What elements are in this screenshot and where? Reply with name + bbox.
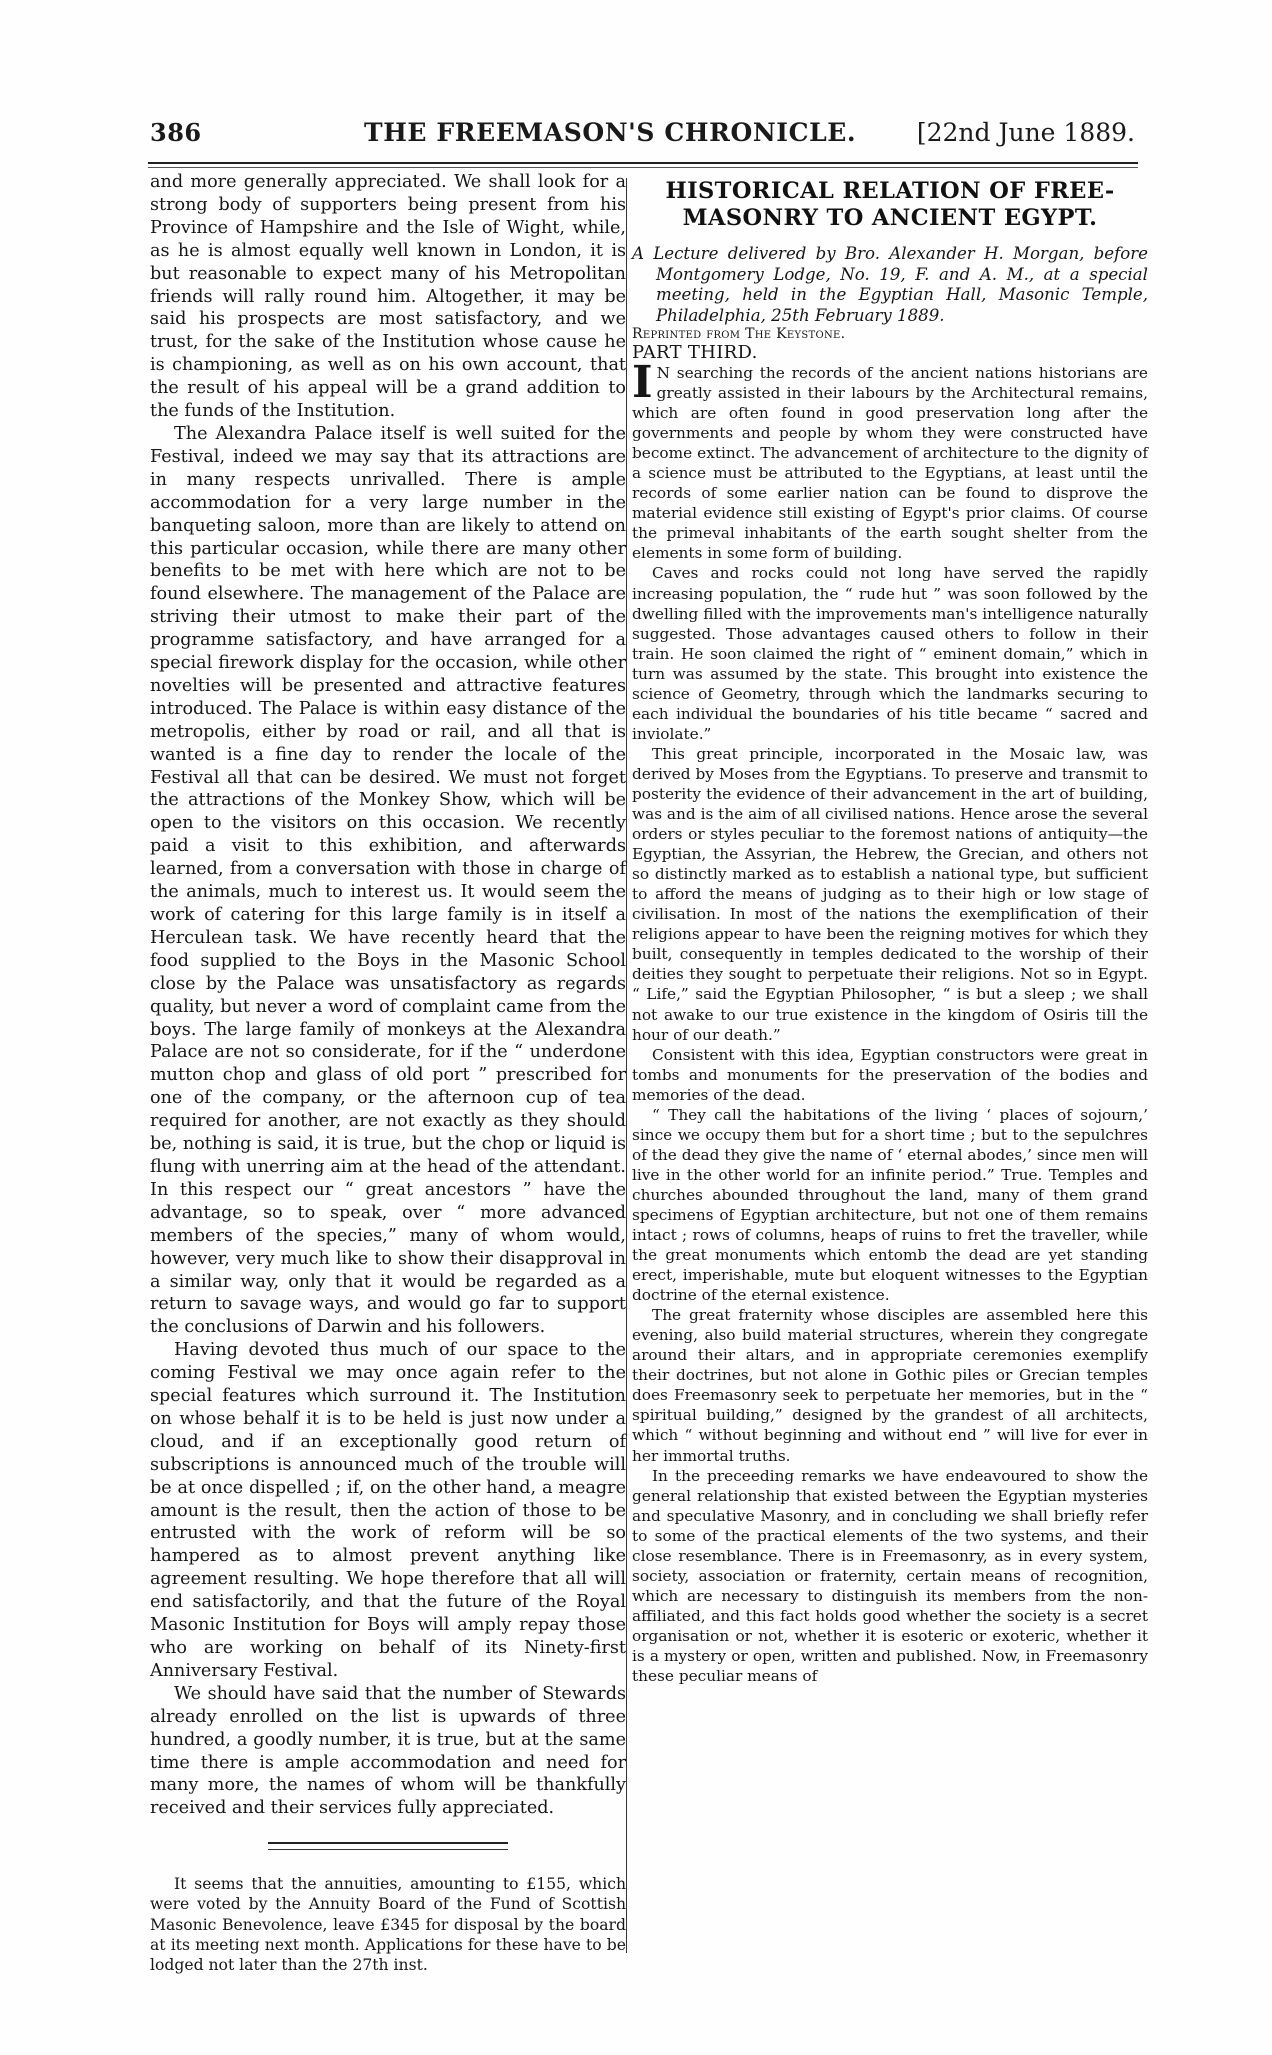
article-paragraph: Caves and rocks could not long have serv…	[632, 563, 1148, 743]
article-paragraph: Consistent with this idea, Egyptian cons…	[632, 1045, 1148, 1105]
column-divider	[626, 178, 627, 1953]
article-paragraph: We should have said that the number of S…	[150, 1683, 626, 1820]
issue-date: [22nd June 1889.	[917, 118, 1135, 147]
article-paragraph: Having devoted thus much of our space to…	[150, 1339, 626, 1683]
article-paragraph: The Alexandra Palace itself is well suit…	[150, 423, 626, 1339]
article-paragraph: The great fraternity whose disciples are…	[632, 1305, 1148, 1465]
left-column: and more generally appreciated. We shall…	[150, 171, 626, 1975]
article-paragraph: “ They call the habitations of the livin…	[632, 1105, 1148, 1305]
section-divider	[268, 1842, 508, 1850]
article-paragraph: In the preceeding remarks we have endeav…	[632, 1466, 1148, 1687]
article-headline: HISTORICAL RELATION OF FREE-MASONRY TO A…	[632, 178, 1148, 232]
masthead-rule-secondary	[148, 167, 1138, 168]
masthead-rule	[148, 162, 1138, 164]
article-paragraph: This great principle, incorporated in th…	[632, 744, 1148, 1045]
article-paragraph: and more generally appreciated. We shall…	[150, 171, 626, 423]
newspaper-page: 386 THE FREEMASON'S CHRONICLE. [22nd Jun…	[0, 0, 1272, 2055]
page-number: 386	[150, 118, 202, 147]
part-heading: PART THIRD.	[632, 342, 1148, 363]
article-byline: A Lecture delivered by Bro. Alexander H.…	[632, 244, 1148, 326]
publication-title: THE FREEMASON'S CHRONICLE.	[364, 118, 856, 147]
reprint-credit: Reprinted from The Keystone.	[632, 326, 1148, 342]
article-paragraph: IN searching the records of the ancient …	[632, 363, 1148, 563]
drop-cap: I	[632, 365, 653, 401]
first-paragraph-text: N searching the records of the ancient n…	[632, 364, 1148, 562]
right-column: HISTORICAL RELATION OF FREE-MASONRY TO A…	[632, 178, 1148, 1686]
masthead: 386 THE FREEMASON'S CHRONICLE. [22nd Jun…	[150, 118, 1135, 148]
annuity-note: It seems that the annuities, amounting t…	[150, 1874, 626, 1975]
